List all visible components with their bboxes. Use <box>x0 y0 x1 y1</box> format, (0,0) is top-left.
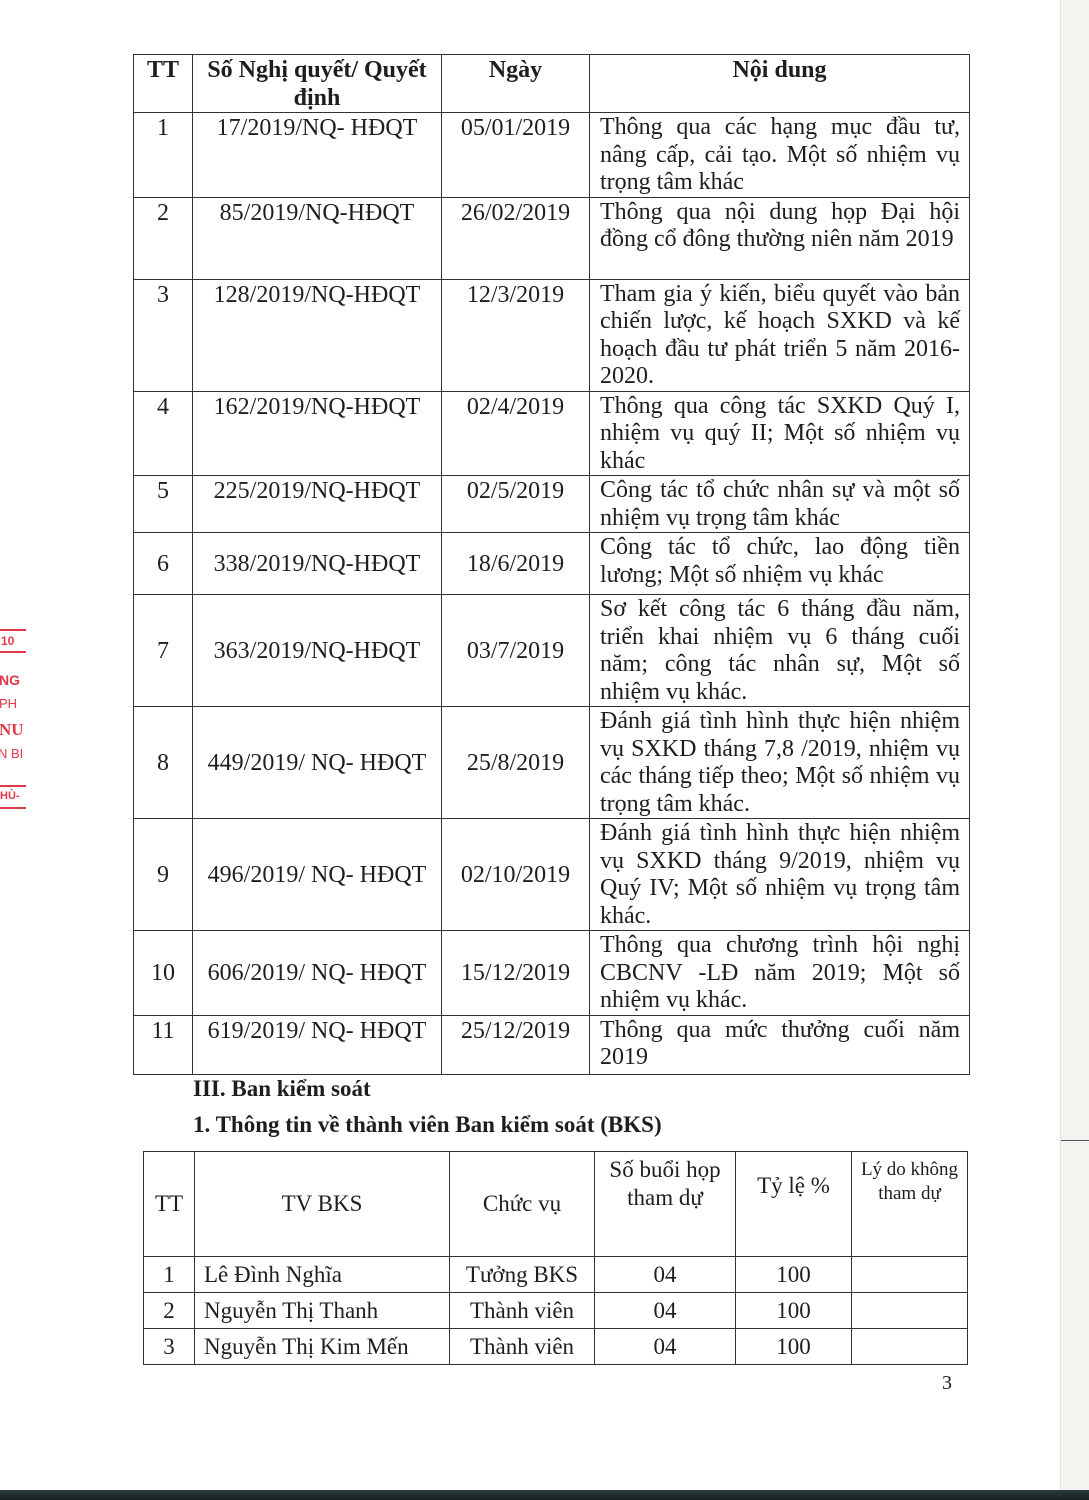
cell-tt: 1 <box>134 113 193 198</box>
header-tt: TT <box>144 1152 195 1257</box>
cell-content: Đánh giá tình hình thực hiện nhiệm vụ SX… <box>590 707 970 819</box>
cell-content: Thông qua chương trình hội nghị CBCNV -L… <box>590 931 970 1016</box>
cell-meetings: 04 <box>595 1329 736 1365</box>
table-row: 3Nguyễn Thị Kim MếnThành viên04100 <box>144 1329 968 1365</box>
header-reason: Lý do không tham dự <box>852 1152 968 1257</box>
cell-number: 606/2019/ NQ- HĐQT <box>193 931 442 1016</box>
cell-tt: 3 <box>144 1329 195 1365</box>
cell-position: Thành viên <box>450 1293 595 1329</box>
table-row: 117/2019/NQ- HĐQT05/01/2019Thông qua các… <box>134 113 970 198</box>
table-row: 5225/2019/NQ-HĐQT02/5/2019Công tác tổ ch… <box>134 476 970 533</box>
cell-date: 03/7/2019 <box>442 595 590 707</box>
cell-member: Nguyễn Thị Thanh <box>195 1293 450 1329</box>
table-header-row: TT Số Nghị quyết/ Quyết định Ngày Nội du… <box>134 55 970 113</box>
cell-date: 02/4/2019 <box>442 391 590 476</box>
cell-ratio: 100 <box>736 1293 852 1329</box>
stamp-text: 10 <box>1 635 14 647</box>
header-tt: TT <box>134 55 193 113</box>
cell-content: Công tác tổ chức, lao động tiền lương; M… <box>590 533 970 595</box>
cell-number: 17/2019/NQ- HĐQT <box>193 113 442 198</box>
cell-number: 449/2019/ NQ- HĐQT <box>193 707 442 819</box>
cell-content: Thông qua công tác SXKD Quý I, nhiệm vụ … <box>590 391 970 476</box>
subsection-heading: 1. Thông tin về thành viên Ban kiểm soát… <box>193 1112 662 1138</box>
table-row: 11619/2019/ NQ- HĐQT25/12/2019Thông qua … <box>134 1015 970 1074</box>
cell-date: 26/02/2019 <box>442 197 590 279</box>
cell-tt: 11 <box>134 1015 193 1074</box>
table-row: 4162/2019/NQ-HĐQT02/4/2019Thông qua công… <box>134 391 970 476</box>
stamp-text: NU <box>0 721 24 738</box>
cell-content: Thông qua nội dung họp Đại hội đồng cổ đ… <box>590 197 970 279</box>
cell-tt: 3 <box>134 279 193 391</box>
cell-tt: 2 <box>134 197 193 279</box>
cell-tt: 6 <box>134 533 193 595</box>
cell-date: 15/12/2019 <box>442 931 590 1016</box>
header-position: Chức vụ <box>450 1152 595 1257</box>
cell-date: 12/3/2019 <box>442 279 590 391</box>
header-member: TV BKS <box>195 1152 450 1257</box>
page-number: 3 <box>942 1372 952 1395</box>
table-row: 285/2019/NQ-HĐQT26/02/2019Thông qua nội … <box>134 197 970 279</box>
cell-number: 225/2019/NQ-HĐQT <box>193 476 442 533</box>
supervisory-board-table: TT TV BKS Chức vụ Số buổi họp tham dự Tỷ… <box>143 1151 968 1365</box>
header-content: Nội dung <box>590 55 970 113</box>
cell-tt: 8 <box>134 707 193 819</box>
cell-reason <box>852 1329 968 1365</box>
header-meetings: Số buổi họp tham dự <box>595 1152 736 1257</box>
cell-ratio: 100 <box>736 1257 852 1293</box>
cell-number: 85/2019/NQ-HĐQT <box>193 197 442 279</box>
red-seal-stamp-fragment: 10 NG PH NU N BI HÙ- <box>0 625 30 815</box>
cell-member: Lê Đình Nghĩa <box>195 1257 450 1293</box>
cell-content: Tham gia ý kiến, biểu quyết vào bản chiế… <box>590 279 970 391</box>
table-row: 8449/2019/ NQ- HĐQT25/8/2019Đánh giá tìn… <box>134 707 970 819</box>
cell-date: 25/8/2019 <box>442 707 590 819</box>
cell-tt: 9 <box>134 819 193 931</box>
cell-content: Đánh giá tình hình thực hiện nhiệm vụ SX… <box>590 819 970 931</box>
cell-meetings: 04 <box>595 1293 736 1329</box>
cell-number: 496/2019/ NQ- HĐQT <box>193 819 442 931</box>
header-number: Số Nghị quyết/ Quyết định <box>193 55 442 113</box>
table-row: 7363/2019/NQ-HĐQT03/7/2019Sơ kết công tá… <box>134 595 970 707</box>
scanner-bottom-edge <box>0 1490 1089 1500</box>
stamp-text: N BI <box>0 747 23 760</box>
table-row: 3128/2019/NQ-HĐQT12/3/2019Tham gia ý kiế… <box>134 279 970 391</box>
table-row: 9496/2019/ NQ- HĐQT02/10/2019Đánh giá tì… <box>134 819 970 931</box>
cell-date: 02/10/2019 <box>442 819 590 931</box>
cell-position: Tưởng BKS <box>450 1257 595 1293</box>
stamp-text: PH <box>0 697 17 710</box>
cell-tt: 4 <box>134 391 193 476</box>
stamp-text: HÙ- <box>0 791 20 802</box>
header-ratio: Tỷ lệ % <box>736 1152 852 1257</box>
cell-number: 162/2019/NQ-HĐQT <box>193 391 442 476</box>
cell-content: Thông qua mức thưởng cuối năm 2019 <box>590 1015 970 1074</box>
stamp-text: NG <box>0 673 20 687</box>
cell-number: 363/2019/NQ-HĐQT <box>193 595 442 707</box>
cell-number: 338/2019/NQ-HĐQT <box>193 533 442 595</box>
section-heading: III. Ban kiểm soát <box>193 1076 371 1102</box>
cell-reason <box>852 1293 968 1329</box>
cell-content: Công tác tổ chức nhân sự và một số nhiệm… <box>590 476 970 533</box>
table-row: 6338/2019/NQ-HĐQT18/6/2019Công tác tổ ch… <box>134 533 970 595</box>
cell-tt: 10 <box>134 931 193 1016</box>
cell-tt: 7 <box>134 595 193 707</box>
cell-reason <box>852 1257 968 1293</box>
cell-tt: 5 <box>134 476 193 533</box>
cell-date: 05/01/2019 <box>442 113 590 198</box>
table-header-row: TT TV BKS Chức vụ Số buổi họp tham dự Tỷ… <box>144 1152 968 1257</box>
cell-member: Nguyễn Thị Kim Mến <box>195 1329 450 1365</box>
cell-meetings: 04 <box>595 1257 736 1293</box>
cell-date: 25/12/2019 <box>442 1015 590 1074</box>
cell-date: 18/6/2019 <box>442 533 590 595</box>
table-row: 1Lê Đình NghĩaTưởng BKS04100 <box>144 1257 968 1293</box>
cell-ratio: 100 <box>736 1329 852 1365</box>
cell-content: Sơ kết công tác 6 tháng đầu năm, triển k… <box>590 595 970 707</box>
cell-tt: 1 <box>144 1257 195 1293</box>
cell-tt: 2 <box>144 1293 195 1329</box>
header-date: Ngày <box>442 55 590 113</box>
cell-number: 128/2019/NQ-HĐQT <box>193 279 442 391</box>
table-row: 2Nguyễn Thị ThanhThành viên04100 <box>144 1293 968 1329</box>
cell-content: Thông qua các hạng mục đầu tư, nâng cấp,… <box>590 113 970 198</box>
cell-date: 02/5/2019 <box>442 476 590 533</box>
resolutions-table: TT Số Nghị quyết/ Quyết định Ngày Nội du… <box>133 54 970 1075</box>
scan-page-edge <box>1060 0 1089 1490</box>
cell-position: Thành viên <box>450 1329 595 1365</box>
cell-number: 619/2019/ NQ- HĐQT <box>193 1015 442 1074</box>
table-row: 10606/2019/ NQ- HĐQT15/12/2019Thông qua … <box>134 931 970 1016</box>
